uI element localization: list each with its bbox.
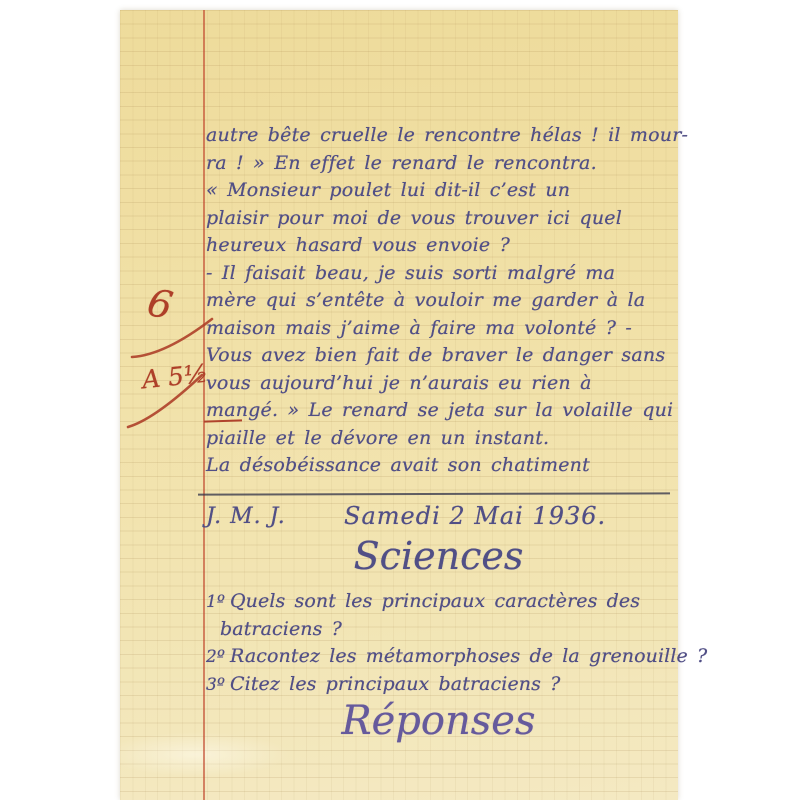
essay-line: piaille et le dévore en un instant. [206,425,671,453]
question-text: Racontez les métamorphoses de la grenoui… [230,645,707,667]
question-number: 1º [206,589,230,617]
date-heading: Samedi 2 Mai 1936. [344,502,606,530]
question-text: batraciens ? [220,618,342,640]
notebook-page: autre bête cruelle le rencontre hélas ! … [120,10,678,800]
questions-block: 1ºQuels sont les principaux caractères d… [206,588,681,698]
question-number: 2º [206,644,230,672]
essay-line: « Monsieur poulet lui dit-il c’est un [206,177,671,205]
question-line: batraciens ? [206,616,681,644]
jmj-initials: J. M. J. [206,504,286,529]
essay-line: heureux hasard vous envoie ? [206,232,671,260]
reponses-heading: Réponses [206,698,671,744]
essay-line: plaisir pour moi de vous trouver ici que… [206,205,671,233]
essay-line: La désobéissance avait son chatiment [206,452,671,480]
essay-line: ra ! » En effet le renard le rencontra. [206,150,671,178]
essay-line: vous aujourd’hui je n’aurais eu rien à [206,370,671,398]
essay-line: autre bête cruelle le rencontre hélas ! … [206,122,671,150]
question-line: 2ºRacontez les métamorphoses de la greno… [206,643,681,671]
date-row: J. M. J. Samedi 2 Mai 1936. [206,502,671,534]
scanned-page-background: autre bête cruelle le rencontre hélas ! … [0,0,800,800]
essay-line: mère qui s’entête à vouloir me garder à … [206,287,671,315]
question-number: 3º [206,672,230,700]
sciences-heading: Sciences [206,534,671,578]
question-text: Quels sont les principaux caractères des [230,590,640,612]
question-text: Citez les principaux batraciens ? [230,673,560,695]
essay-line: mangé. » Le renard se jeta sur la volail… [206,397,671,425]
question-line: 1ºQuels sont les principaux caractères d… [206,588,681,616]
essay-line: - Il faisait beau, je suis sorti malgré … [206,260,671,288]
essay-line: Vous avez bien fait de braver le danger … [206,342,671,370]
essay-line: maison mais j’aime à faire ma volonté ? … [206,315,671,343]
essay-text-block: autre bête cruelle le rencontre hélas ! … [206,122,671,480]
question-line: 3ºCitez les principaux batraciens ? [206,671,681,699]
